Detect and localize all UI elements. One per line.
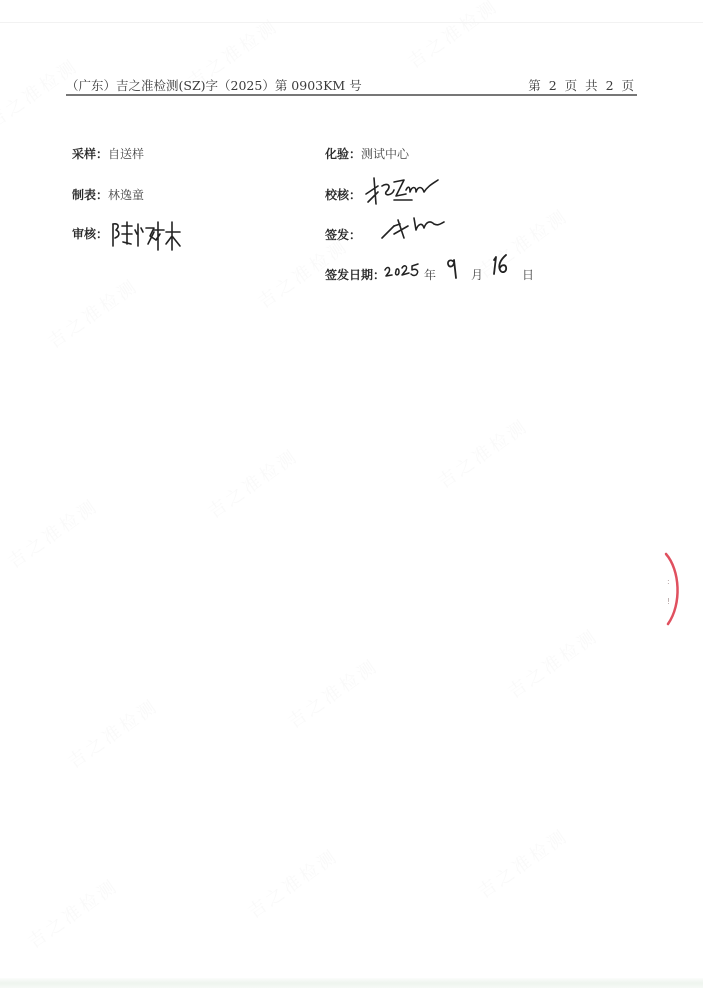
- year-unit: 年: [424, 266, 436, 283]
- sampling-value: 自送样: [108, 147, 144, 161]
- watermark-text: 吉之准检测: [402, 0, 503, 74]
- issue-date-field: 签发日期：: [325, 266, 385, 283]
- page-info: 第 2 页 共 2 页: [528, 76, 636, 94]
- reviewed-by-label: 审核：: [72, 227, 108, 241]
- compiled-by-field: 制表：林逸童: [72, 186, 144, 203]
- chemical-test-label: 化验：: [325, 147, 361, 161]
- issuer-signature: [380, 212, 450, 242]
- watermark-text: 吉之准检测: [502, 622, 603, 704]
- reviewer-signature: [110, 218, 185, 254]
- sampling-label: 采样：: [72, 147, 108, 161]
- scan-bottom-edge: [0, 978, 703, 988]
- issue-day-handwritten: [490, 252, 512, 276]
- official-seal-partial: [660, 552, 684, 626]
- issue-year-handwritten: [384, 258, 422, 280]
- compiled-by-value: 林逸童: [108, 188, 144, 202]
- watermark-text: 吉之准检测: [242, 842, 343, 924]
- watermark-text: 吉之准检测: [62, 692, 163, 774]
- issue-date-label: 签发日期：: [325, 268, 385, 282]
- watermark-text: 吉之准检测: [2, 492, 103, 574]
- checker-signature: [364, 174, 444, 206]
- checked-by-label: 校核：: [325, 188, 361, 202]
- watermark-text: 吉之准检测: [42, 272, 143, 354]
- reviewed-by-field: 审核：: [72, 225, 108, 242]
- watermark-text: 吉之准检测: [22, 872, 123, 954]
- compiled-by-label: 制表：: [72, 188, 108, 202]
- watermark-text: 吉之准检测: [432, 412, 533, 494]
- issued-by-label: 签发：: [325, 228, 361, 242]
- report-number: （广东）吉之准检测(SZ)字（2025）第 0903KM 号: [66, 76, 362, 94]
- checked-by-field: 校核：: [325, 186, 361, 203]
- header-divider: [66, 94, 637, 96]
- watermark-text: 吉之准检测: [282, 652, 383, 734]
- chemical-test-value: 测试中心: [361, 147, 409, 161]
- day-unit: 日: [522, 266, 534, 283]
- page-top-edge: [0, 22, 703, 23]
- month-unit: 月: [471, 266, 483, 283]
- seal-mark: !: [667, 597, 670, 606]
- chemical-test-field: 化验：测试中心: [325, 145, 409, 162]
- watermark-text: 吉之准检测: [472, 822, 573, 904]
- issue-month-handwritten: [444, 254, 462, 280]
- sampling-field: 采样：自送样: [72, 145, 144, 162]
- issued-by-field: 签发：: [325, 226, 361, 243]
- seal-mark: :: [667, 577, 670, 586]
- watermark-text: 吉之准检测: [202, 442, 303, 524]
